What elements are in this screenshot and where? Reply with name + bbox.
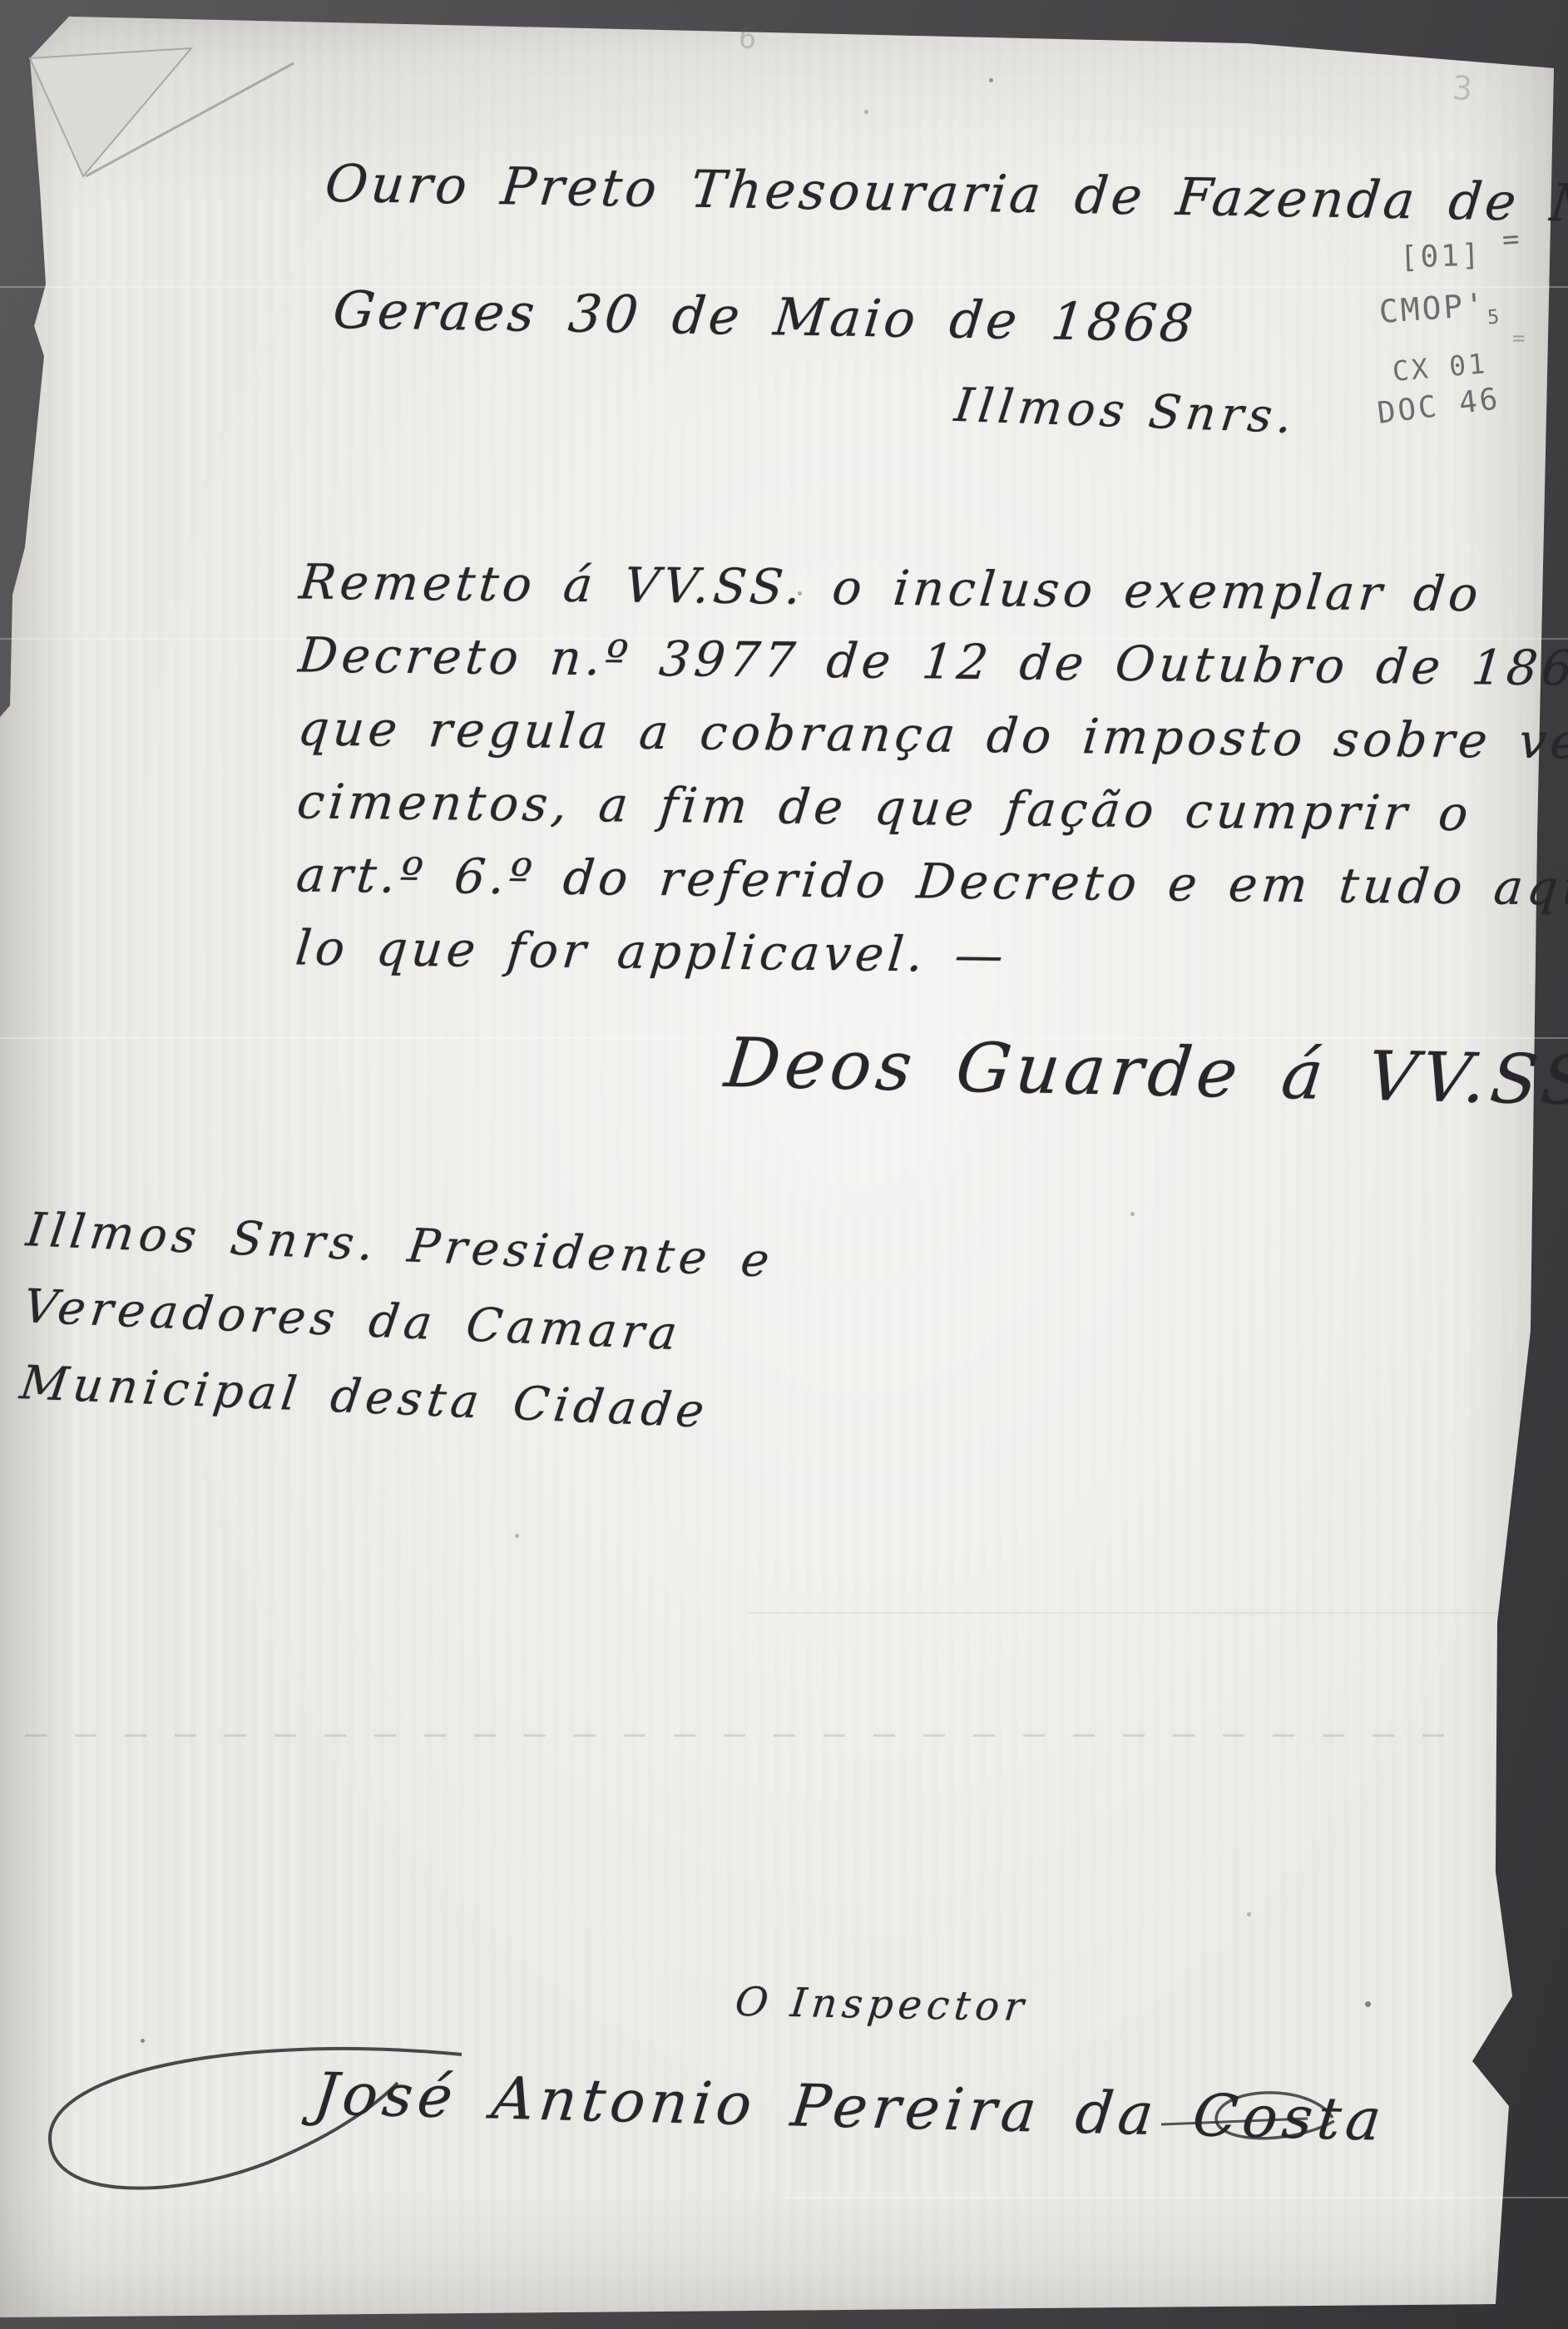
letter-heading: Ouro Preto Thesouraria de Fazenda de Min… [323,121,1568,395]
folded-corner [30,48,191,176]
body-line-text: cimentos, a fim de que fação cumprir o [294,764,1476,850]
archival-stamp-number: [01] [1399,238,1482,280]
heading-line2-text: Geraes 30 de Maio de 1868 [327,247,1202,387]
body-line: que regula a cobrança do imposto sobre v… [298,691,1568,779]
horizontal-fold-crease [749,1612,1531,1614]
archival-stamp-fonds: CMOP'5 [1378,285,1500,336]
body-line: cimentos, a fim de que fação cumprir o [297,764,1568,852]
heading-line1-text: Ouro Preto Thesouraria de Fazenda de Min… [319,121,1568,269]
body-line: Remetto á VV.SS. o incluso exemplar do [299,545,1568,632]
letter-body: Remetto á VV.SS. o incluso exemplar do D… [295,545,1568,998]
heading-place-line: Ouro Preto Thesouraria de Fazenda de Min… [324,121,1568,269]
scan-scratch-line [784,2197,1568,2198]
signer-role-text: O Inspector [733,1979,1031,2030]
addressee-block: Illmos Snrs. Presidente e Vereadores da … [19,1192,775,1452]
body-line: Decreto n.º 3977 de 12 de Outubro de 186… [299,618,1568,705]
ink-specks [0,0,2,2]
stray-pencil-mark-three: 3 [1451,69,1476,109]
signer-role: O Inspector [735,1979,1029,2030]
body-line: art.º 6.º do referido Decreto e em tudo … [296,838,1568,925]
body-line: lo que for applicavel. — [295,911,1568,998]
equals-pencil-mark: = [1501,222,1523,257]
body-line-text: que regula a cobrança do imposto sobre v… [294,691,1568,779]
horizontal-fold-crease [25,1734,1464,1737]
scanned-letter-page: Ouro Preto Thesouraria de Fazenda de Min… [0,0,1568,2329]
body-line-text: lo que for applicavel. — [292,911,1011,991]
body-line-text: Remetto á VV.SS. o incluso exemplar do [296,545,1486,630]
body-line-text: Decreto n.º 3977 de 12 de Outubro de 186… [295,618,1568,705]
stamp-subscript: 5 [1486,305,1500,329]
body-line-text: art.º 6.º do referido Decreto e em tudo … [293,838,1568,925]
equals-pencil-mark-faint: = [1512,326,1528,351]
stamp-label: CMOP' [1378,286,1487,330]
stamp-label: [01] [1399,238,1482,274]
